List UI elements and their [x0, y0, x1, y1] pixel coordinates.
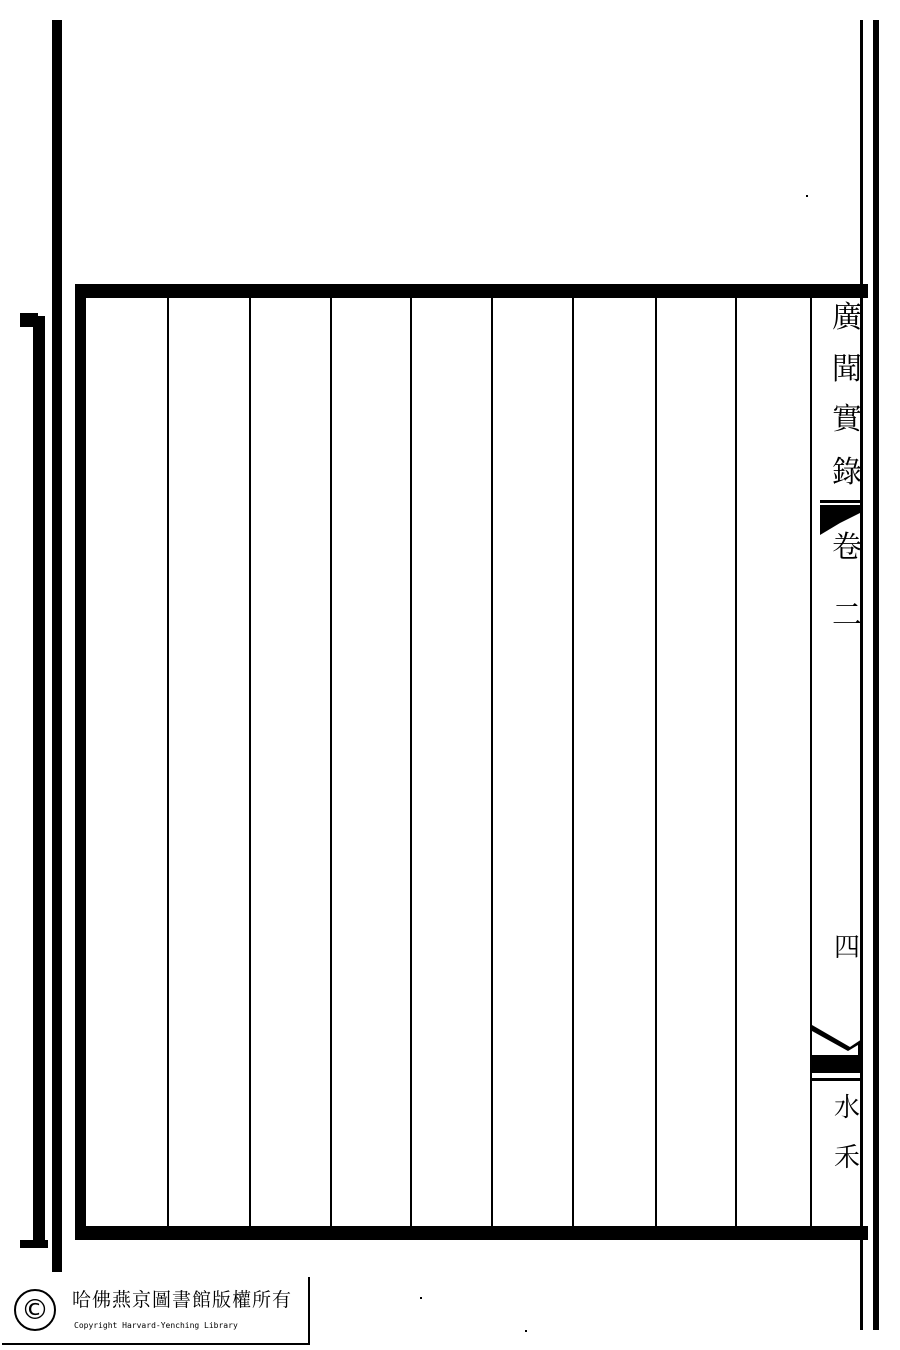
column-rule [655, 298, 657, 1226]
print-frame [75, 284, 868, 1240]
fish-tail-rule [812, 1078, 862, 1081]
right-edge-thick-line [873, 20, 879, 1330]
column-rule [491, 298, 493, 1226]
fish-tail-lower-icon [812, 1025, 862, 1080]
column-rule [249, 298, 251, 1226]
left-page-edge-bar [52, 20, 62, 1272]
ink-speck [806, 195, 808, 197]
column-rule [735, 298, 737, 1226]
book-title-char: 廣 [832, 300, 862, 336]
copyright-english-text: Copyright Harvard-Yenching Library [74, 1321, 238, 1330]
fish-tail-rule [820, 500, 860, 503]
column-rule [572, 298, 574, 1226]
copyright-stamp: © 哈佛燕京圖書館版權所有 Copyright Harvard-Yenching… [2, 1277, 310, 1345]
volume-char: 卷 [832, 530, 862, 566]
ink-speck [420, 1297, 422, 1299]
column-rule [330, 298, 332, 1226]
page-number-char: 四 [832, 930, 862, 966]
book-title-char: 錄 [832, 455, 862, 491]
copyright-icon: © [14, 1289, 56, 1331]
column-rule [410, 298, 412, 1226]
publisher-char: 水 [832, 1090, 862, 1126]
left-binding-bar [33, 316, 45, 1246]
copyright-chinese-text: 哈佛燕京圖書館版權所有 [72, 1285, 292, 1312]
publisher-char: 禾 [832, 1140, 862, 1176]
book-title-char: 實 [832, 402, 862, 438]
column-rule [167, 298, 169, 1226]
left-binding-foot [20, 1240, 48, 1248]
volume-char: 二 [832, 598, 862, 634]
ink-speck [525, 1330, 527, 1332]
center-fold-rule [810, 298, 812, 1226]
book-title-char: 聞 [832, 352, 862, 388]
